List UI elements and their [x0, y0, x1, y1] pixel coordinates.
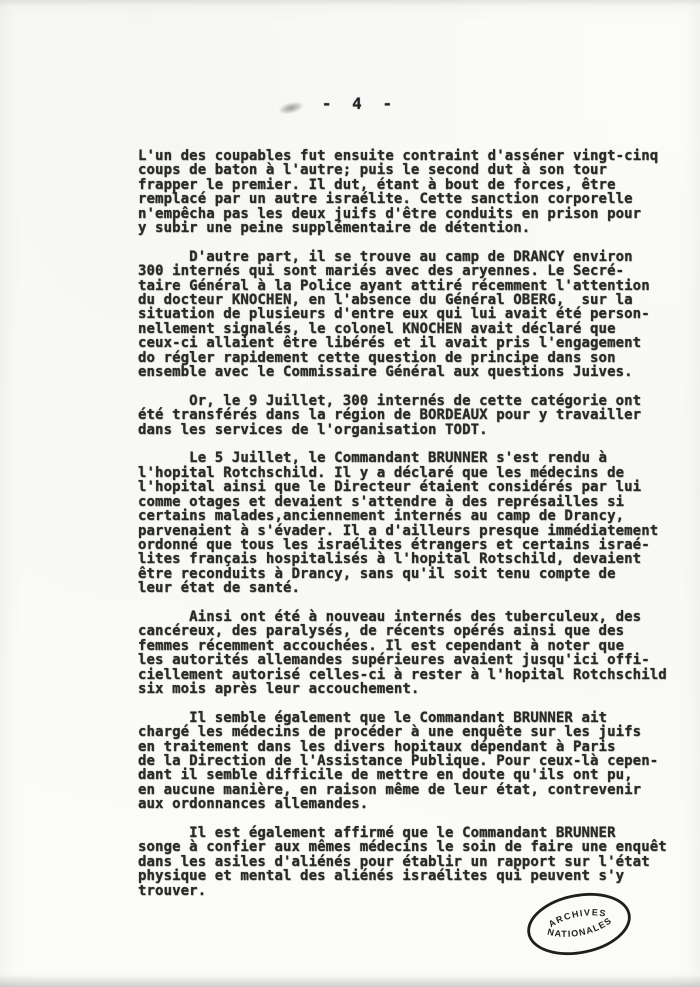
scanned-document-page: - 4 - L'un des coupables fut ensuite con…	[0, 0, 700, 987]
scan-top-edge	[0, 0, 700, 6]
paragraph: L'un des coupables fut ensuite contraint…	[138, 149, 678, 235]
paragraph: Ainsi ont été à nouveau internés des tub…	[138, 610, 678, 696]
paragraph: Or, le 9 Juillet, 300 internés de cette …	[138, 394, 678, 437]
paragraph: Il semble également que le Commandant BR…	[138, 711, 678, 812]
archives-nationales-stamp: ARCHIVES NATIONALES	[516, 882, 642, 966]
paragraph: Le 5 Juillet, le Commandant BRUNNER s'es…	[138, 451, 678, 595]
stamp-oval: ARCHIVES NATIONALES	[523, 886, 634, 961]
stamp-text-bottom: NATIONALES	[545, 914, 616, 944]
svg-text:NATIONALES: NATIONALES	[545, 914, 616, 944]
page-number: - 4 -	[0, 94, 700, 113]
scan-bottom-edge	[0, 975, 700, 987]
paragraph: D'autre part, il se trouve au camp de DR…	[138, 250, 678, 380]
document-body: L'un des coupables fut ensuite contraint…	[138, 149, 678, 912]
